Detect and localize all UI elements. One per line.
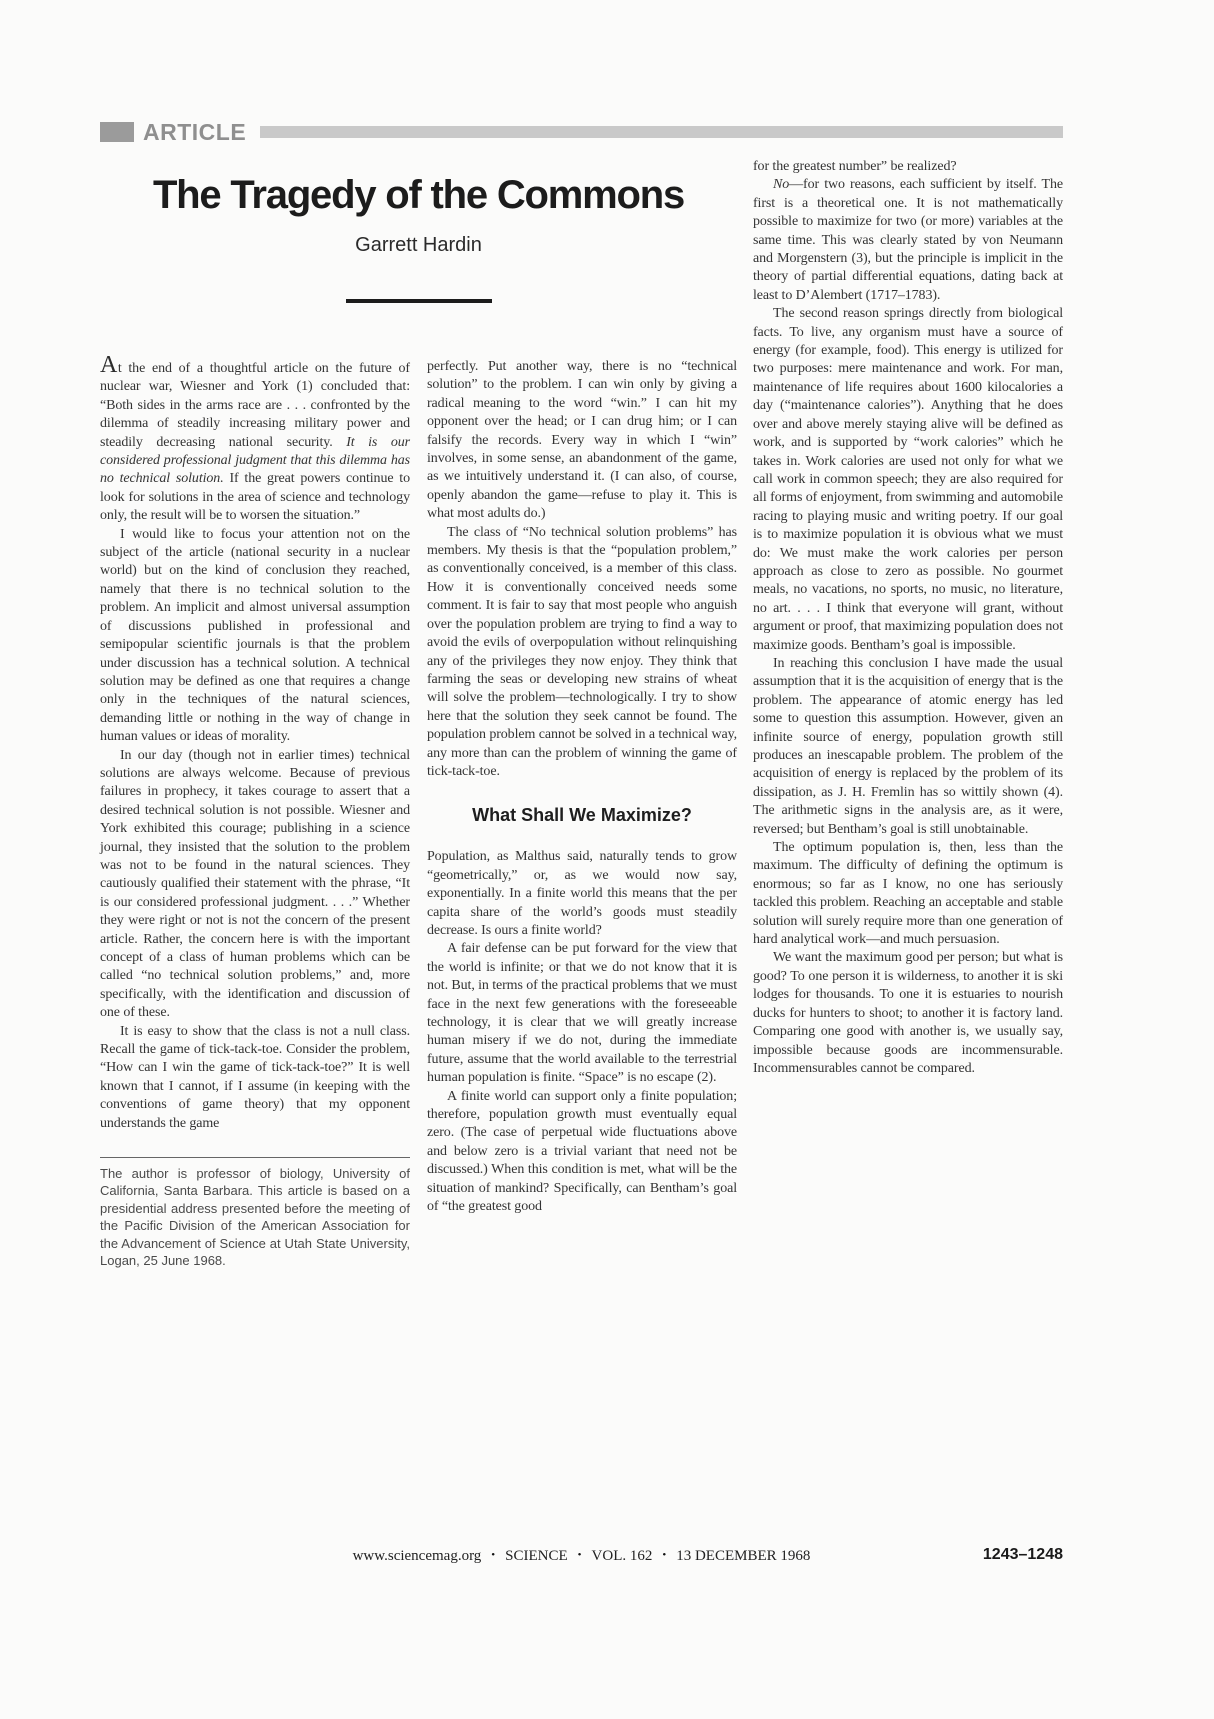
paragraph: In reaching this conclusion I have made … <box>753 655 1063 839</box>
article-body: The Tragedy of the Commons Garrett Hardi… <box>100 158 1063 1270</box>
paragraph: The class of “No technical solution prob… <box>427 524 737 782</box>
paragraph: It is easy to show that the class is not… <box>100 1023 410 1133</box>
page: { "article": { "kicker": "ARTICLE", "tit… <box>0 0 1214 1719</box>
journal-volume: VOL. 162 <box>592 1548 653 1564</box>
article-content: ARTICLE The Tragedy of the Commons Garre… <box>100 118 1063 1270</box>
drop-initial: A <box>100 352 118 378</box>
kicker-rule <box>260 126 1063 138</box>
bullet-separator: • <box>578 1549 582 1561</box>
emphasis-no: No <box>773 177 789 192</box>
page-footer: www.sciencemag.org•SCIENCE•VOL. 162•13 D… <box>100 1546 1063 1576</box>
bullet-separator: • <box>662 1549 666 1561</box>
paragraph: The second reason springs directly from … <box>753 305 1063 655</box>
paragraph-text: —for two reasons, each sufficient by its… <box>753 177 1063 302</box>
kicker-square-icon <box>100 122 134 142</box>
journal-site: www.sciencemag.org <box>353 1548 482 1564</box>
journal-name: SCIENCE <box>505 1548 568 1564</box>
journal-line: www.sciencemag.org•SCIENCE•VOL. 162•13 D… <box>100 1546 1063 1565</box>
paragraph: No—for two reasons, each sufficient by i… <box>753 176 1063 305</box>
paragraph: for the greatest number” be realized? <box>753 158 1063 176</box>
left-block: The Tragedy of the Commons Garrett Hardi… <box>100 158 737 1270</box>
bullet-separator: • <box>491 1549 495 1561</box>
paragraph: A finite world can support only a finite… <box>427 1088 737 1217</box>
title-block: The Tragedy of the Commons Garrett Hardi… <box>100 172 737 358</box>
article-kicker: ARTICLE <box>143 119 246 146</box>
column-1: At the end of a thoughtful article on th… <box>100 358 410 1270</box>
author-byline: Garrett Hardin <box>100 234 737 257</box>
column-2: perfectly. Put another way, there is no … <box>427 358 737 1270</box>
paragraph: A fair defense can be put forward for th… <box>427 940 737 1087</box>
paragraph: We want the maximum good per person; but… <box>753 949 1063 1078</box>
title-rule <box>346 299 492 303</box>
journal-date: 13 DECEMBER 1968 <box>676 1548 810 1564</box>
paragraph: perfectly. Put another way, there is no … <box>427 358 737 524</box>
columns-1-2: At the end of a thoughtful article on th… <box>100 358 737 1270</box>
paragraph: In our day (though not in earlier times)… <box>100 747 410 1023</box>
page-range: 1243–1248 <box>983 1546 1063 1564</box>
section-heading: What Shall We Maximize? <box>427 805 737 826</box>
paragraph: Population, as Malthus said, naturally t… <box>427 848 737 940</box>
column-3: for the greatest number” be realized? No… <box>753 158 1063 1270</box>
author-footnote: The author is professor of biology, Univ… <box>100 1157 410 1269</box>
paragraph: The optimum population is, then, less th… <box>753 839 1063 949</box>
lede-paragraph: At the end of a thoughtful article on th… <box>100 358 410 526</box>
article-kicker-row: ARTICLE <box>100 118 1063 146</box>
page-title: The Tragedy of the Commons <box>100 172 737 218</box>
paragraph: I would like to focus your attention not… <box>100 526 410 747</box>
